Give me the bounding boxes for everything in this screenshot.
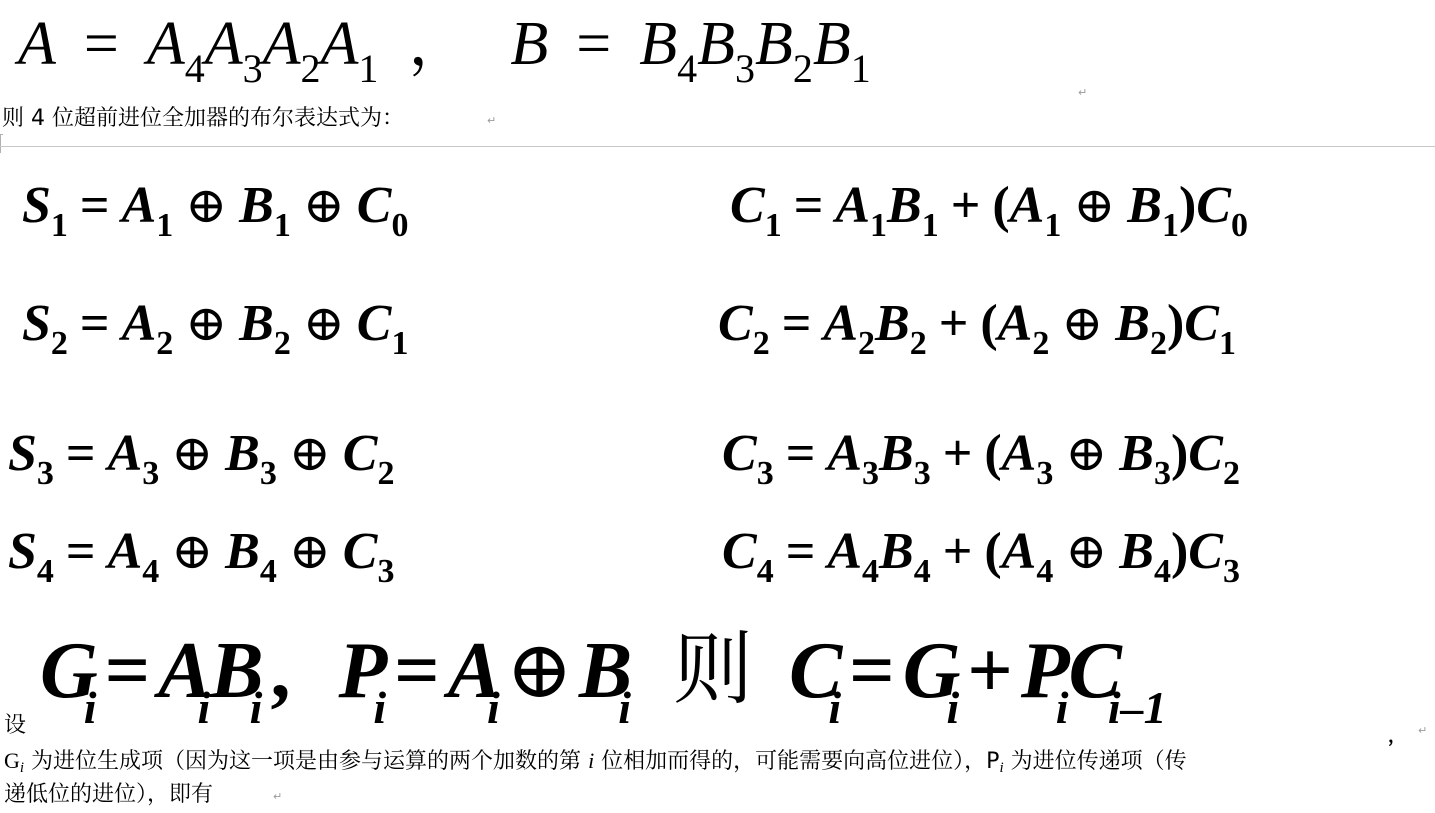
- symbol: C: [722, 523, 757, 580]
- subscript: 2: [1032, 325, 1049, 362]
- symbol: A: [108, 523, 143, 580]
- equals-sign: =: [66, 523, 96, 580]
- symbol: A: [1002, 523, 1037, 580]
- subscript: i–1: [1108, 682, 1167, 733]
- symbol: S: [22, 177, 51, 234]
- subscript: 4: [677, 46, 697, 91]
- page-divider-line: [0, 146, 1435, 147]
- subscript: 0: [391, 207, 408, 244]
- subscript: 2: [377, 455, 394, 492]
- equals-sign: =: [84, 10, 119, 78]
- subscript: 3: [377, 553, 394, 590]
- subscript: 2: [300, 46, 320, 91]
- carry-equation-3: C3=A3B3+(A3⊕B3)C2: [722, 418, 1240, 495]
- description-text: 为进位生成项（因为这一项是由参与运算的两个加数的第: [24, 749, 588, 774]
- symbol: C: [722, 425, 757, 482]
- equals-sign: =: [786, 425, 816, 482]
- subscript: 2: [858, 325, 875, 362]
- a-digit: A: [263, 10, 301, 78]
- xor-operator-icon: ⊕: [289, 425, 331, 481]
- subscript: 1: [358, 46, 378, 91]
- subscript: 3: [757, 455, 774, 492]
- equals-sign: =: [80, 295, 110, 352]
- description-line-2: 递低位的进位），即有: [4, 780, 213, 810]
- carry-equation-2: C2=A2B2+(A2⊕B2)C1: [718, 288, 1236, 365]
- subscript: 4: [1154, 553, 1171, 590]
- subscript: 4: [260, 553, 277, 590]
- symbol: A: [108, 425, 143, 482]
- symbol: B: [225, 425, 260, 482]
- symbol: C: [1188, 523, 1223, 580]
- symbol: C: [1196, 177, 1231, 234]
- symbol: B: [1127, 177, 1162, 234]
- left-paren: (: [984, 523, 1001, 580]
- subscript: 1: [922, 207, 939, 244]
- right-paren: ): [1179, 177, 1196, 234]
- symbol: S: [22, 295, 51, 352]
- sum-equation-3: S3=A3⊕B3⊕C2: [8, 418, 394, 495]
- subscript: i: [84, 682, 97, 733]
- symbol: A: [998, 295, 1033, 352]
- subscript: 1: [1162, 207, 1179, 244]
- subscript: 1: [765, 207, 782, 244]
- symbol: B: [1119, 425, 1154, 482]
- symbol: A: [1002, 425, 1037, 482]
- paragraph-mark-icon: ↵: [273, 790, 282, 803]
- symbol: B: [239, 177, 274, 234]
- then-word: 则: [673, 623, 753, 716]
- equals-sign: =: [66, 425, 96, 482]
- b-digit: B: [813, 10, 851, 78]
- subscript: 3: [142, 455, 159, 492]
- subscript: 3: [1154, 455, 1171, 492]
- description-text: 位相加而得的，可能需要向高位进位），P: [594, 749, 999, 774]
- xor-operator-icon: ⊕: [185, 177, 227, 233]
- symbol: C: [730, 177, 765, 234]
- symbol: B: [225, 523, 260, 580]
- xor-operator-icon: ⊕: [171, 425, 213, 481]
- var-b: B: [510, 10, 548, 78]
- subscript: i: [198, 682, 211, 733]
- subscript: 2: [1150, 325, 1167, 362]
- subscript: 2: [51, 325, 68, 362]
- subscript: 3: [1223, 553, 1240, 590]
- symbol: B: [875, 295, 910, 352]
- subscript: i: [999, 760, 1003, 776]
- subscript: 4: [1036, 553, 1053, 590]
- symbol: A: [823, 295, 858, 352]
- subscript: 2: [910, 325, 927, 362]
- symbol: C: [357, 177, 392, 234]
- xor-operator-icon: ⊕: [303, 295, 345, 351]
- subscript: 0: [1231, 207, 1248, 244]
- subscript: 4: [142, 553, 159, 590]
- xor-operator-icon: ⊕: [1065, 523, 1107, 579]
- plus-sign: +: [943, 523, 973, 580]
- symbol: A: [122, 295, 157, 352]
- separator-comma: ，: [408, 10, 470, 78]
- left-paren: (: [984, 425, 1001, 482]
- symbol: B: [879, 523, 914, 580]
- equals-sign: =: [794, 177, 824, 234]
- subscript: 3: [862, 455, 879, 492]
- description-line-1: Gi 为进位生成项（因为这一项是由参与运算的两个加数的第 i 位相加而得的，可能…: [4, 746, 1187, 779]
- paragraph-mark-icon: ↵: [1078, 86, 1087, 99]
- symbol: C: [343, 523, 378, 580]
- plus-sign: +: [967, 627, 1013, 715]
- xor-operator-icon: ⊕: [506, 627, 573, 715]
- b-digit: B: [639, 10, 677, 78]
- xor-operator-icon: ⊕: [289, 523, 331, 579]
- symbol: A: [827, 523, 862, 580]
- symbol: C: [1188, 425, 1223, 482]
- left-paren: (: [992, 177, 1009, 234]
- subscript: i: [373, 682, 386, 733]
- symbol: A: [122, 177, 157, 234]
- subscript: 1: [51, 207, 68, 244]
- subscript: 1: [851, 46, 871, 91]
- a-digit: A: [205, 10, 243, 78]
- sum-equation-2: S2=A2⊕B2⊕C1: [22, 288, 408, 365]
- subscript: i: [487, 682, 500, 733]
- plus-sign: +: [951, 177, 981, 234]
- symbol: A: [827, 425, 862, 482]
- subscript: i: [947, 682, 960, 733]
- plus-sign: +: [943, 425, 973, 482]
- right-paren: ): [1171, 523, 1188, 580]
- b-digit: B: [697, 10, 735, 78]
- xor-operator-icon: ⊕: [1061, 295, 1103, 351]
- symbol: C: [1184, 295, 1219, 352]
- trailing-comma: ，: [1388, 722, 1406, 748]
- subscript: 2: [793, 46, 813, 91]
- description-text: 为进位传递项（传: [1004, 749, 1187, 774]
- page-margin-corner-marker: [0, 134, 3, 153]
- carry-equation-1: C1=A1B1+(A1⊕B1)C0: [730, 170, 1248, 247]
- subscript: 1: [274, 207, 291, 244]
- subscript: 3: [914, 455, 931, 492]
- equals-sign: =: [394, 627, 440, 715]
- subscript: i: [1056, 682, 1069, 733]
- sum-equation-1: S1=A1⊕B1⊕C0: [22, 170, 408, 247]
- plus-sign: +: [939, 295, 969, 352]
- b-digit: B: [755, 10, 793, 78]
- subscript: 4: [757, 553, 774, 590]
- subscript: 2: [1223, 455, 1240, 492]
- subscript: 4: [185, 46, 205, 91]
- symbol: C: [357, 295, 392, 352]
- subscript: i: [828, 682, 841, 733]
- carry-equation-4: C4=A4B4+(A4⊕B4)C3: [722, 516, 1240, 593]
- subscript: 4: [914, 553, 931, 590]
- subscript: i: [250, 682, 263, 733]
- subscript: 3: [243, 46, 263, 91]
- symbol: G: [4, 748, 20, 773]
- subscript: i: [618, 682, 631, 733]
- symbol: A: [835, 177, 870, 234]
- paragraph-mark-icon: ↵: [1418, 724, 1427, 737]
- symbol: B: [239, 295, 274, 352]
- sum-equation-4: S4=A4⊕B4⊕C3: [8, 516, 394, 593]
- a-digit: A: [320, 10, 358, 78]
- symbol: B: [879, 425, 914, 482]
- var-a: A: [18, 10, 56, 78]
- right-paren: ): [1171, 425, 1188, 482]
- xor-operator-icon: ⊕: [1065, 425, 1107, 481]
- subscript: 4: [37, 553, 54, 590]
- subscript: 1: [1219, 325, 1236, 362]
- xor-operator-icon: ⊕: [1073, 177, 1115, 233]
- subscript: 3: [37, 455, 54, 492]
- let-word: 设: [4, 712, 26, 740]
- paragraph-mark-icon: ↵: [487, 114, 496, 127]
- symbol: S: [8, 523, 37, 580]
- subscript: 1: [391, 325, 408, 362]
- symbol: B: [1115, 295, 1150, 352]
- symbol: S: [8, 425, 37, 482]
- left-paren: (: [980, 295, 997, 352]
- separator-comma: ,: [270, 627, 290, 715]
- register-definition-equation: A=A4A3A2A1，B=B4B3B2B1: [18, 0, 871, 101]
- right-paren: ): [1167, 295, 1184, 352]
- symbol: B: [887, 177, 922, 234]
- intro-text: 则 4 位超前进位全加器的布尔表达式为：: [2, 104, 404, 134]
- symbol: A: [1010, 177, 1045, 234]
- subscript: i: [20, 760, 24, 776]
- subscript: 1: [870, 207, 887, 244]
- subscript: 2: [156, 325, 173, 362]
- xor-operator-icon: ⊕: [185, 295, 227, 351]
- subscript: 3: [735, 46, 755, 91]
- symbol: B: [1119, 523, 1154, 580]
- xor-operator-icon: ⊕: [171, 523, 213, 579]
- symbol: C: [718, 295, 753, 352]
- equals-sign: =: [80, 177, 110, 234]
- equals-sign: =: [849, 627, 895, 715]
- subscript: 2: [274, 325, 291, 362]
- equals-sign: =: [782, 295, 812, 352]
- equals-sign: =: [576, 10, 611, 78]
- a-digit: A: [147, 10, 185, 78]
- equals-sign: =: [105, 627, 151, 715]
- subscript: 3: [1036, 455, 1053, 492]
- subscript: 3: [260, 455, 277, 492]
- subscript: 1: [1044, 207, 1061, 244]
- equals-sign: =: [786, 523, 816, 580]
- symbol: C: [343, 425, 378, 482]
- xor-operator-icon: ⊕: [303, 177, 345, 233]
- generate-propagate-equation: Gi=AiBi,Pi=Ai⊕Bi则Ci=Gi+PiCi–1: [40, 615, 1167, 737]
- subscript: 4: [862, 553, 879, 590]
- subscript: 2: [753, 325, 770, 362]
- subscript: 1: [156, 207, 173, 244]
